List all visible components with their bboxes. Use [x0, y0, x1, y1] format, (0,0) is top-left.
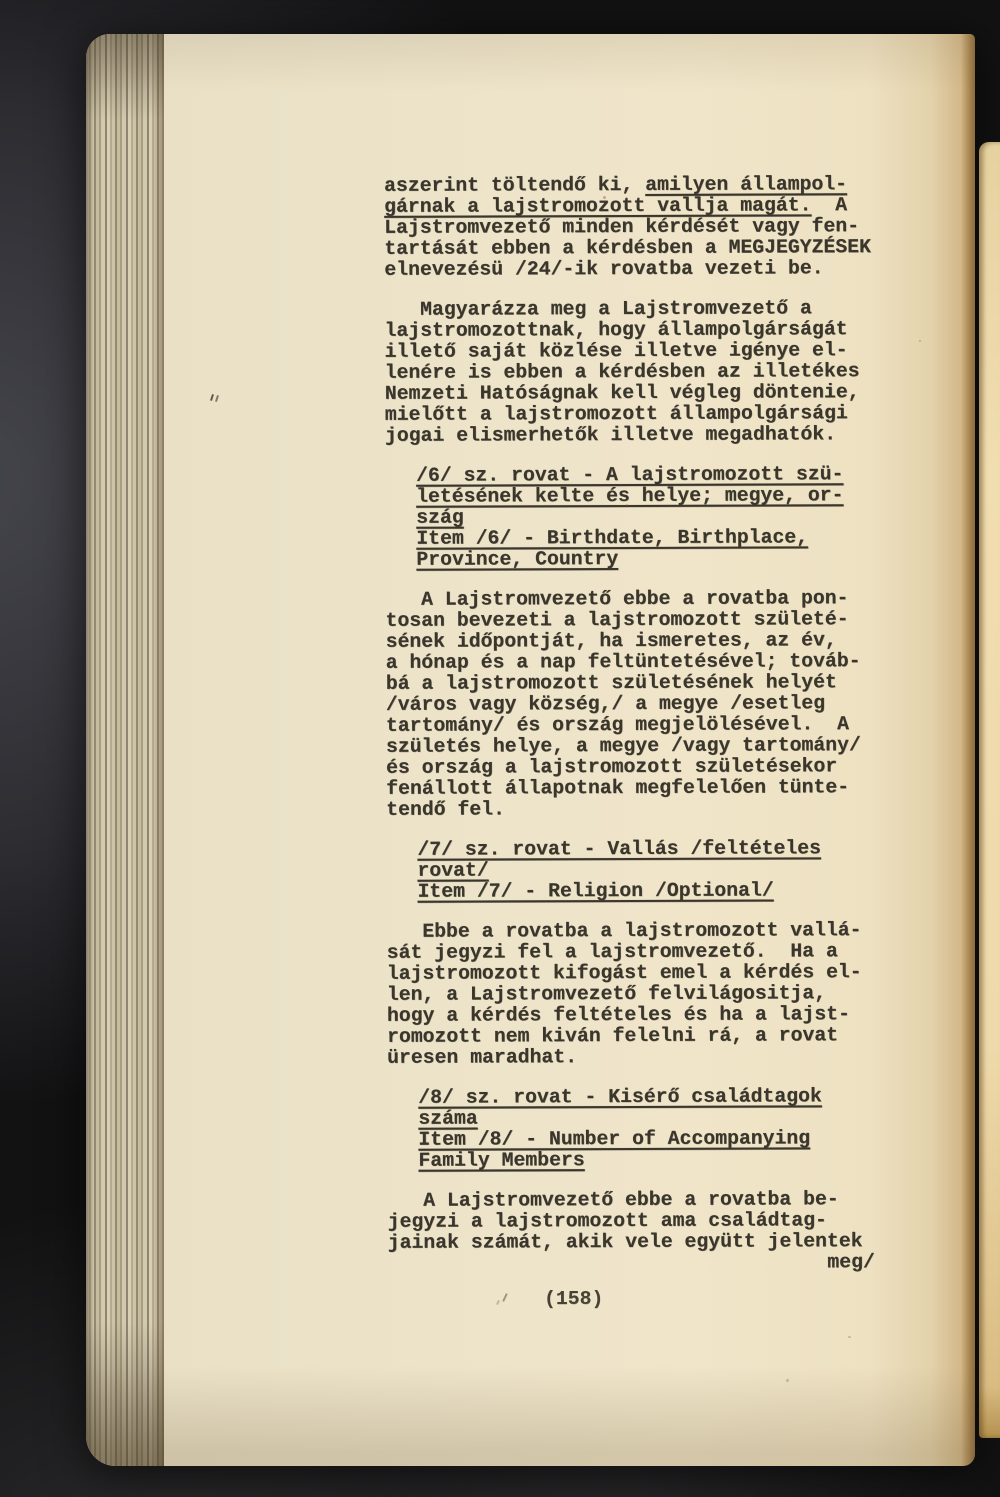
text-run: lajstromozottnak, hogy állampolgárságát: [385, 318, 848, 342]
underlined-text: Item /8/ - Number of Accompanying: [418, 1127, 810, 1150]
text-run: /város vagy község,/ a megye /esetleg: [386, 692, 825, 716]
text-line: jainak számát, akik vele együtt jelentek: [388, 1231, 875, 1254]
paper-speck: [786, 1379, 789, 1382]
text-line: elnevezésü /24/-ik rovatba vezeti be.: [384, 258, 871, 281]
underlined-text: rovat/: [417, 859, 488, 881]
page-number: (158): [544, 1289, 603, 1310]
text-line: Item /7/ - Religion /Optional/: [418, 880, 874, 903]
text-run: lenére is ebben a kérdésben az illetékes: [385, 360, 860, 384]
text-run: A: [811, 194, 847, 216]
text-line: száma: [418, 1107, 874, 1130]
text-run: fenállott állapotnak megfelelően tünte-: [386, 776, 849, 800]
text-run: Ebbe a rovatba a lajstromozott vallá-: [387, 919, 862, 943]
underlined-text: letésének kelte és helye; megye, or-: [416, 484, 843, 507]
pencil-mark: [496, 1300, 500, 1305]
text-line: /6/ sz. rovat - A lajstromozott szü-: [416, 464, 872, 487]
pencil-mark: [502, 1293, 508, 1302]
underlined-text: Province, Country: [416, 548, 618, 571]
text-line: meg/: [388, 1252, 875, 1275]
text-run: tartását ebben a kérdésben a MEGJEGYZÉSE…: [384, 236, 871, 260]
text-run: tartomány/ és ország megjelölésével. A: [386, 713, 849, 737]
underlined-text: amilyen állampol-: [645, 173, 847, 196]
text-line: /8/ sz. rovat - Kisérő családtagok: [418, 1086, 874, 1109]
text-run: születés helye, a megye /vagy tartomány/: [386, 734, 861, 758]
section-heading: /6/ sz. rovat - A lajstromozott szü-leté…: [416, 464, 872, 571]
text-run: sének időpontját, ha ismeretes, az év,: [386, 629, 837, 653]
paragraph: Magyarázza meg a Lajstromvezető alajstro…: [384, 298, 872, 447]
text-line: szág: [416, 506, 872, 529]
underlined-text: /7/ sz. rovat - Vallás /feltételes: [417, 837, 821, 860]
paper-speck: [848, 1336, 851, 1338]
text-run: üresen maradhat.: [387, 1046, 577, 1069]
text-run: hogy a kérdés feltételes és ha a lajst-: [387, 1003, 850, 1027]
text-line: romozott nem kiván felelni rá, a rovat: [387, 1025, 874, 1048]
photo-background: aszerint töltendő ki, amilyen állampol-g…: [0, 0, 1000, 1497]
paper-speck: [603, 196, 606, 199]
paragraph: Ebbe a rovatba a lajstromozott vallá-sát…: [387, 920, 875, 1069]
paragraph: aszerint töltendő ki, amilyen állampol-g…: [384, 174, 871, 281]
underlined-text: /6/ sz. rovat - A lajstromozott szü-: [416, 463, 843, 486]
text-run: illető saját közlése illetve igénye el-: [385, 339, 848, 363]
paper-speck: [626, 504, 628, 506]
underlined-text: Item /6/ - Birthdate, Birthplace,: [416, 526, 808, 549]
book-page-edges: [86, 34, 164, 1466]
text-run: jainak számát, akik vele együtt jelentek: [388, 1230, 863, 1254]
text-run: Lajstromvezető minden kérdését vagy fen-: [384, 215, 859, 239]
ink-speck: [210, 394, 214, 401]
text-run: tosan bevezeti a lajstromozott születé-: [386, 608, 849, 632]
text-line: tendő fel.: [386, 798, 873, 821]
underlined-text: Item /7/ - Religion /Optional/: [418, 879, 774, 902]
paper-speck: [919, 340, 921, 342]
text-run: A Lajstromvezető ebbe a rovatba pon-: [385, 587, 848, 611]
text-run: lajstromozott kifogást emel a kérdés el-: [387, 961, 862, 985]
adjacent-page-edge: [979, 142, 1000, 1438]
text-run: aszerint töltendő ki,: [384, 174, 645, 197]
text-line: letésének kelte és helye; megye, or-: [416, 485, 872, 508]
underlined-text: gárnak a lajstromozott vallja magát.: [384, 194, 811, 217]
text-run: mielőtt a lajstromozott állampolgársági: [385, 402, 848, 426]
text-run: jogai elismerhetők illetve megadhatók.: [385, 423, 836, 447]
text-run: bá a lajstromozott születésének helyét: [386, 671, 837, 695]
text-line: jogai elismerhetők illetve megadhatók.: [385, 424, 872, 447]
text-run: A Lajstromvezető ebbe a rovatba be-: [388, 1188, 839, 1212]
section-heading: /8/ sz. rovat - Kisérő családtagokszámaI…: [418, 1086, 874, 1172]
text-line: rovat/: [417, 859, 873, 882]
text-run: Magyarázza meg a Lajstromvezető a: [384, 297, 811, 320]
text-run: elnevezésü /24/-ik rovatba vezeti be.: [384, 257, 823, 281]
paragraph: A Lajstromvezető ebbe a rovatba pon-tosa…: [385, 588, 873, 821]
underlined-text: Family Members: [418, 1149, 584, 1172]
paragraph: A Lajstromvezető ebbe a rovatba be-jegyz…: [388, 1189, 875, 1275]
text-line: Family Members: [418, 1149, 874, 1172]
text-line: üresen maradhat.: [387, 1046, 874, 1069]
page-text: aszerint töltendő ki, amilyen állampol-g…: [384, 174, 875, 1294]
ink-speck: [215, 395, 219, 402]
section-heading: /7/ sz. rovat - Vallás /feltételesrovat/…: [417, 838, 873, 903]
text-run: meg/: [827, 1251, 875, 1273]
text-line: fenállott állapotnak megfelelően tünte-: [386, 777, 873, 800]
text-run: len, a Lajstromvezető felvilágositja,: [387, 982, 826, 1006]
book-page: aszerint töltendő ki, amilyen állampol-g…: [86, 34, 975, 1466]
text-line: Item /6/ - Birthdate, Birthplace,: [416, 527, 872, 550]
underlined-text: száma: [418, 1108, 477, 1130]
underlined-text: szág: [416, 507, 464, 529]
text-run: és ország a lajstromozott születésekor: [386, 755, 837, 779]
text-run: tendő fel.: [386, 798, 505, 820]
text-run: sát jegyzi fel a lajstromvezető. Ha a: [387, 940, 838, 964]
text-run: romozott nem kiván felelni rá, a rovat: [387, 1024, 838, 1048]
underlined-text: /8/ sz. rovat - Kisérő családtagok: [418, 1085, 822, 1108]
text-line: Item /8/ - Number of Accompanying: [418, 1128, 874, 1151]
text-run: jegyzi a lajstromozott ama családtag-: [388, 1209, 827, 1233]
text-run: a hónap és a nap feltüntetésével; továb-: [386, 650, 861, 674]
text-run: Nemzeti Hatóságnak kell végleg döntenie,: [385, 381, 860, 405]
text-line: /7/ sz. rovat - Vallás /feltételes: [417, 838, 873, 861]
text-line: Province, Country: [416, 548, 872, 571]
